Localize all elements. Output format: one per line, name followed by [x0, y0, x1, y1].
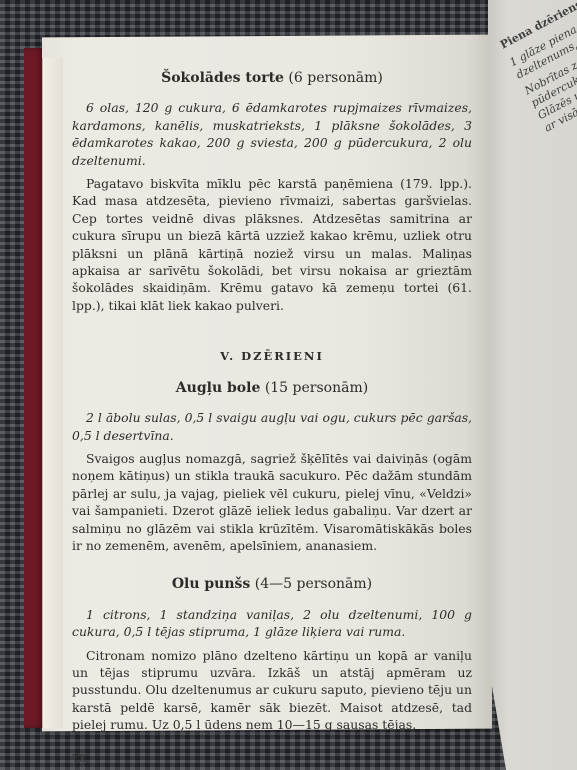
recipe-method: Svaigos augļus nomazgā, sagriež šķēlītēs… [72, 450, 472, 554]
recipe-method: Citronam nomizo plāno dzelteno kārtiņu u… [72, 647, 472, 734]
recipe-ingredients: 1 citrons, 1 standziņa vaniļas, 2 olu dz… [72, 606, 472, 641]
recipe-title-auglu-bole: Augļu bole (15 personām) [72, 380, 472, 397]
recipe-name: Olu punšs [172, 576, 250, 592]
recipe-servings: (15 personām) [265, 380, 368, 396]
page-number: 70 [72, 750, 472, 767]
recipe-name: Šokolādes torte [161, 70, 284, 86]
recipe-servings: (6 personām) [288, 70, 382, 86]
recipe-ingredients: 6 olas, 120 g cukura, 6 ēdamkarotes rupj… [72, 99, 472, 169]
page-stack-edge [42, 58, 63, 728]
section-heading: V. DZĒRIENI [72, 348, 472, 365]
recipe-name: Augļu bole [176, 380, 261, 396]
recipe-ingredients: 2 l ābolu sulas, 0,5 l svaigu augļu vai … [72, 409, 472, 444]
recipe-servings: (4—5 personām) [255, 576, 372, 592]
recipe-method: Pagatavo biskvīta mīklu pēc karstā paņēm… [72, 175, 472, 314]
page-content: Šokolādes torte (6 personām) 6 olas, 120… [72, 70, 472, 767]
recipe-title-olu-punss: Olu punšs (4—5 personām) [72, 576, 472, 593]
recipe-title-sokolades-torte: Šokolādes torte (6 personām) [72, 70, 472, 87]
